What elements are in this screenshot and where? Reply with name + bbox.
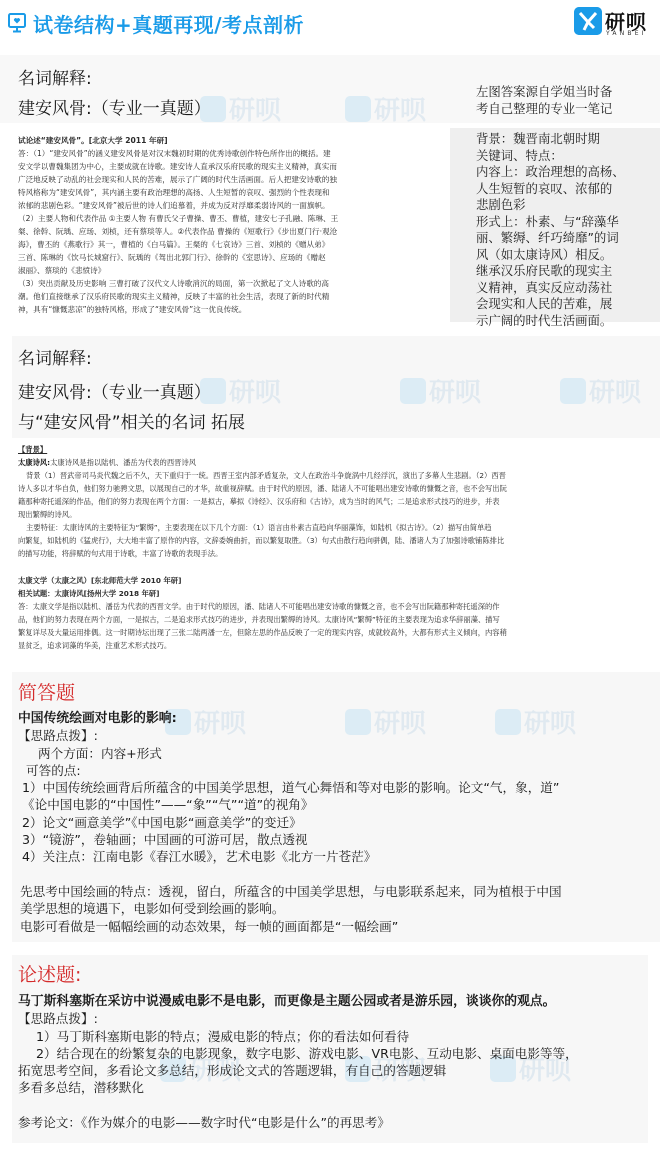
section-heading: 名词解释: (18, 344, 92, 369)
answer-line: 神，具有“慷慨悲凉”的独特风格，形成了“建安风骨”这一优良传统。 (18, 303, 448, 316)
background-line: 籍那种寄托遥深的作品，他们的努力表现在两个方面：一是拟古，摹拟《诗经》、汉乐府和… (18, 495, 654, 508)
presentation-board-icon (8, 13, 26, 33)
answer-line: 繁复详尽及大量运用排偶。这一时期诗坛出现了三张二陆两潘一左，但除左思的作品反映了… (18, 626, 654, 639)
question-title: 中国传统绘画对电影的影响: (18, 710, 658, 727)
answer-line: 浓郁的悲剧色彩。“建安风骨”被后世的诗人们追慕着，并成为反对浮靡柔弱诗风的一面旗… (18, 199, 448, 212)
question-text: 试论述“建安风骨”。[北京大学 2011 年研] 答：（1）“建安风骨”的涵义建… (18, 134, 448, 316)
background-line: 现出繁缛的诗风。 (18, 508, 654, 521)
answer-line: 显贫乏，追求词藻的华美，注重艺术形式技巧。 (18, 639, 654, 652)
term-title: 建安风骨:（专业一真题） (18, 378, 211, 403)
taikang-background: 【背景】 太康诗风:太康诗风是指以陆机、潘岳为代表的西晋诗风 背景（1）晋武帝司… (18, 443, 654, 560)
point-line: 1）马丁斯科塞斯电影的特点；漫威电影的特点；你的看法如何看待 (18, 1028, 658, 1045)
body-line: 多看多总结，潜移默化 (18, 1079, 658, 1096)
answer-line: 特风格称为“建安风骨”，其内涵主要有政治理想的高扬、人生短暂的哀叹、强烈的个性表… (18, 186, 448, 199)
answer-line: 三首、陈琳的《饮马长城窟行》、阮瑀的《驾出北郭门行》、徐幹的《室思诗》、应玚的《… (18, 251, 448, 264)
background-line: 诗人多以才华自负，他们努力驰骋文思，以展现自己的才华，故重视辞赋。由于时代的原因… (18, 482, 654, 495)
yanbei-logo-icon (574, 7, 602, 35)
note-line: 美学思想的境遇下，电影如何受到绘画的影响。 (20, 900, 660, 917)
answer-line: 答：太康文学是指以陆机、潘岳为代表的西晋文学。由于时代的原因，潘、陆诸人不可能唱… (18, 600, 654, 613)
section-heading-essay: 论述题: (18, 960, 81, 987)
taikang-literature-question: 太康文学（太康之风）[东北师范大学 2010 年研] 相关试题：太康诗风[扬州大… (18, 574, 654, 652)
page-header: 试卷结构+真题再现/考点剖析 研呗 YANBEI (0, 0, 660, 46)
extension-title: 与“建安风骨”相关的名词 拓展 (18, 408, 245, 433)
background-line: 向繁复，如陆机的《猛虎行》，大大地丰富了原作的内容，文辞委婉曲折，而以繁复取胜。… (18, 534, 654, 547)
answer-line: 粲、徐幹、阮瑀、应玚、刘桢，还有蔡琰等人。②代表作品 曹操的《短歌行》《步出夏门… (18, 225, 448, 238)
yanbei-logo: 研呗 YANBEI (574, 6, 656, 40)
hint-label: 【思路点拨】: (18, 1010, 658, 1027)
side-note-intro: 左图答案源自学姐当时备 考自己整理的专业一笔记 (476, 84, 612, 117)
hint-label: 【思路点拨】: (18, 727, 658, 744)
logo-subtext: YANBEI (606, 30, 647, 37)
question-title: 太康文学（太康之风）[东北师范大学 2010 年研] (18, 574, 654, 587)
short-answer-content: 中国传统绘画对电影的影响: 【思路点拨】: 两个方面：内容+形式 可答的点: 1… (18, 710, 658, 866)
point-line: 3）“镜游”，卷轴画；中国画的可游可居，散点透视 (18, 831, 658, 848)
reference-paper: 参考论文：《作为媒介的电影——数字时代“电影是什么”的再思考》 (18, 1114, 658, 1131)
background-line: 背景（1）晋武帝司马炎代魏之后不久，天下重归于一统。西晋王室内部矛盾复杂，文人在… (18, 469, 654, 482)
taikang-title: 太康诗风: (18, 458, 50, 467)
body-line: 拓宽思考空间，多看论文多总结，形成论文式的答题逻辑，有自己的答题逻辑 (18, 1062, 658, 1079)
answer-line: 答：（1）“建安风骨”的涵义建安风骨是对汉末魏初时期的优秀诗歌创作特色所作出的概… (18, 147, 448, 160)
point-line: 1）中国传统绘画背后所蕴含的中国美学思想，道气心舞悟和等对电影的影响。论文“气，… (18, 779, 658, 796)
point-line: 2）结合现在的纷繁复杂的电影现象，数字电影、游戏电影、VR电影、互动电影、桌面电… (18, 1045, 658, 1062)
answer-line: 海》，曹丕的《燕歌行》其一，曹植的《白马篇》。王粲的《七哀诗》三首、刘桢的《赠从… (18, 238, 448, 251)
answer-line: 品，他们的努力表现在两个方面，一是拟古，二是追求形式技巧的进步，并表现出繁缛的诗… (18, 613, 654, 626)
taikang-definition: 太康诗风是指以陆机、潘岳为代表的西晋诗风 (50, 458, 196, 467)
point-line: 4）关注点：江南电影《春江水暖》，艺术电影《北方一片苍茫》 (18, 848, 658, 865)
answer-line: 安文学以曹魏集团为中心，主要成就在诗歌。建安诗人直承汉乐府民歌的现实主义精神，真… (18, 160, 448, 173)
answer-line: 广泛地反映了动乱的社会现实和人民的苦难，展示了广阔的时代生活画面。后人把建安诗歌… (18, 173, 448, 186)
essay-content: 马丁斯科塞斯在采访中说漫威电影不是电影，而更像是主题公园或者是游乐园，谈谈你的观… (18, 993, 658, 1131)
section-heading: 名词解释: (18, 64, 92, 89)
point-line: 2）论文“画意美学”《中国电影“画意美学”的变迁》 (18, 814, 658, 831)
background-label: 【背景】 (18, 443, 654, 456)
question-title: 试论述“建安风骨”。[北京大学 2011 年研] (18, 134, 448, 147)
short-answer-notes: 先思考中国绘画的特点：透视，留白，所蕴含的中国美学思想，与电影联系起来，同为植根… (20, 883, 660, 935)
note-line: 先思考中国绘画的特点：透视，留白，所蕴含的中国美学思想，与电影联系起来，同为植根… (20, 883, 660, 900)
answer-line: 淑丽》、蔡琰的《悲愤诗》 (18, 264, 448, 277)
answer-line: （2）主要人物和代表作品 ①主要人物 有曹氏父子曹操、曹丕、曹植，建安七子孔融、… (18, 212, 448, 225)
answer-line: （3）突出贡献及历史影响 三曹打破了汉代文人诗歌消沉的局面，第一次掀起了文人诗歌… (18, 277, 448, 290)
answer-line: 潮。他们直接继承了汉乐府民歌的现实主义精神，反映了丰富的社会生活，表现了新的时代… (18, 290, 448, 303)
side-note-body: 背景：魏晋南北朝时期 关键词、特点： 内容上：政治理想的高杨、 人生短暂的哀叹、… (476, 131, 625, 329)
section-heading-short-answer: 简答题 (18, 678, 75, 705)
point-line: 《论中国电影的“中国性”——“象”“气”“道”的视角》 (18, 796, 658, 813)
aspects-line: 两个方面：内容+形式 (18, 745, 658, 762)
related-question: 相关试题：太康诗风[扬州大学 2018 年研] (18, 587, 654, 600)
question-title: 马丁斯科塞斯在采访中说漫威电影不是电影，而更像是主题公园或者是游乐园，谈谈你的观… (18, 993, 658, 1010)
background-line: 的描写功能，将辞赋的句式用于诗歌，丰富了诗歌的表现手法。 (18, 547, 654, 560)
term-title: 建安风骨:（专业一真题） (18, 94, 211, 119)
background-line: 主要特征：太康诗风的主要特征为“繁缛”，主要表现在以下几个方面：（1）语言由朴素… (18, 521, 654, 534)
page-title: 试卷结构+真题再现/考点剖析 (33, 9, 304, 38)
note-line: 电影可看做是一幅幅绘画的动态效果，每一帧的画面都是“一幅绘画” (20, 918, 660, 935)
points-label: 可答的点: (18, 762, 658, 779)
